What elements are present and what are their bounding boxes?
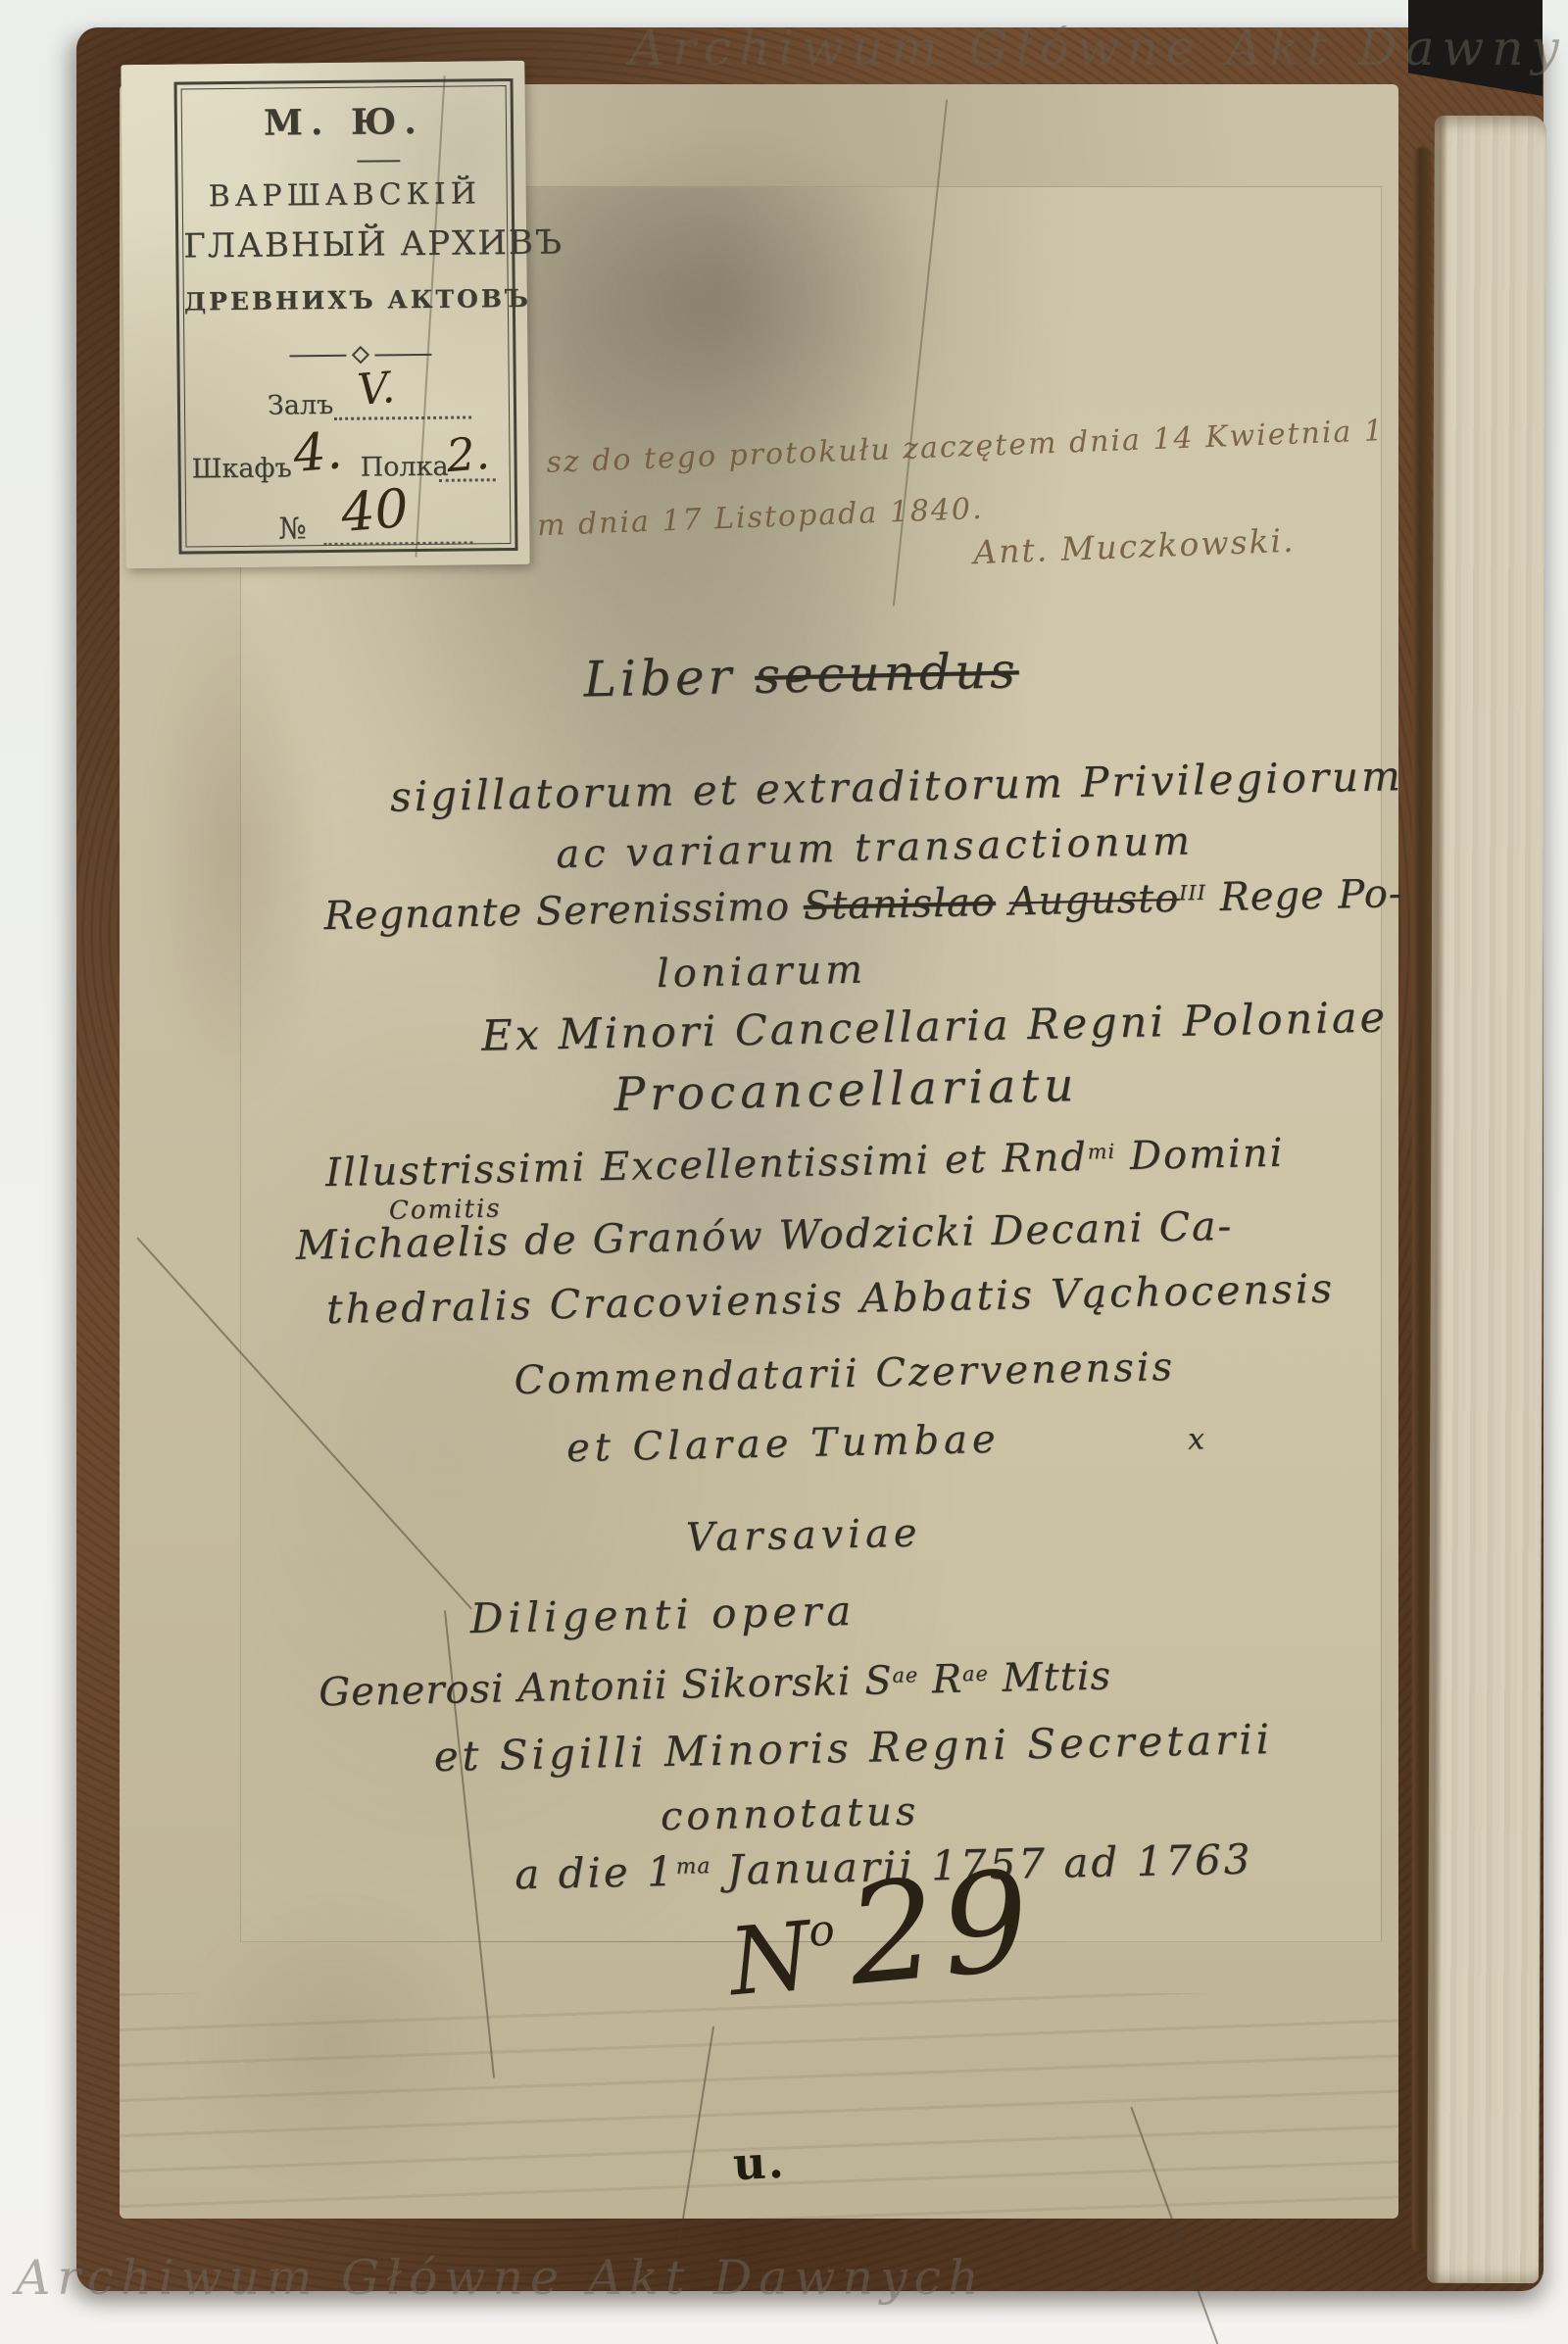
title-line-connotatus: connotatus [661, 1789, 920, 1840]
regnante-sup-iii: III [1179, 881, 1206, 905]
cabinet-field-label: Шкафъ [191, 453, 291, 484]
annotation-signature: Ant. Muczkowski. [973, 521, 1297, 572]
volume-number-value: 29 [842, 1841, 1042, 2018]
title-line-et-clarae: et Clarae Tumbae [566, 1417, 1001, 1471]
annotation-1840: sz do tego protokułu zaczętem dnia 14 Kw… [526, 402, 1435, 632]
regnante-struck-augusto: Augusto [1008, 876, 1180, 925]
shelf-field-value: 2. [444, 426, 491, 482]
watermark-top: Archiwum Główne Akt Dawnych [629, 20, 1568, 76]
title-line-sigillatorum: sigillatorum et extraditorum Privilegior… [390, 752, 1404, 821]
generosi-post: Mttis [988, 1653, 1111, 1701]
regnante-pre: Regnante Serenissimo [323, 884, 804, 939]
volume-number-n: N [725, 1902, 816, 2017]
diamond-icon [352, 346, 369, 364]
title-line-ac-variarum: ac variarum transactionum [556, 819, 1195, 878]
x-mark: x [1188, 1422, 1205, 1456]
ornament-bar [289, 354, 346, 357]
generosi-sup1: ae [892, 1663, 918, 1687]
generosi-mid: R [918, 1657, 963, 1703]
ornament-bar [374, 353, 431, 356]
title-line-diligenti: Diligenti opera [469, 1587, 857, 1642]
title-line-generosi: Generosi Antonii Sikorski Sae Rae Mttis [318, 1653, 1112, 1715]
hall-field-value: V. [356, 363, 397, 415]
label-ministry: М. Ю. [182, 100, 506, 144]
archive-label: М. Ю. ВАРШАВСКІЙ ГЛАВНЫЙ АРХИВЪ ДРЕВНИХЪ… [121, 61, 529, 568]
generosi-sup2: ae [962, 1662, 989, 1686]
volume-number: No29 [721, 1841, 1042, 2028]
illustrissimi-post: Domini [1115, 1131, 1285, 1180]
manuscript-title: Liber secundus sigillatorum et extradito… [260, 614, 1535, 2080]
scanned-archive-cover: М. Ю. ВАРШАВСКІЙ ГЛАВНЫЙ АРХИВЪ ДРЕВНИХЪ… [0, 0, 1568, 2344]
space [995, 880, 1009, 925]
number-field-value: 40 [339, 477, 412, 544]
dates-pre: a die 1 [514, 1847, 677, 1898]
label-rule [358, 160, 401, 162]
bottom-ink-mark: u. [732, 2135, 787, 2191]
label-frame: М. Ю. ВАРШАВСКІЙ ГЛАВНЫЙ АРХИВЪ ДРЕВНИХЪ… [174, 78, 518, 555]
volume-number-sup: o [807, 1905, 837, 1957]
illustrissimi-sup: mi [1088, 1140, 1116, 1164]
label-archive-line2: ГЛАВНЫЙ АРХИВЪ [183, 223, 507, 266]
annotation-line2: m dnia 17 Listopada 1840. [536, 492, 984, 543]
label-archive-line1: ВАРШАВСКІЙ [183, 176, 507, 214]
hall-field-label: Залъ [268, 390, 334, 421]
title-liber-pre: Liber [583, 648, 756, 708]
title-line-procancellariatu: Procancellariatu [613, 1058, 1079, 1122]
number-field-label: № [278, 512, 307, 546]
title-line-et-sigilli: et Sigilli Minoris Regni Secretarii [433, 1715, 1273, 1781]
title-line-liber: Liber secundus [583, 642, 1019, 708]
title-line-ex-minori: Ex Minori Cancellaria Regni Poloniae [481, 993, 1389, 1060]
title-line-loniarum: loniarum [656, 948, 866, 997]
illustrissimi-pre: Illustrissimi Excellentissimi et Rnd [325, 1135, 1089, 1196]
label-frame-inner: М. Ю. ВАРШАВСКІЙ ГЛАВНЫЙ АРХИВЪ ДРЕВНИХЪ… [181, 85, 512, 547]
title-line-commendatarii: Commendatarii Czervenensis [514, 1344, 1175, 1403]
cabinet-field-value: 4. [291, 421, 344, 484]
regnante-struck-stanislao: Stanislao [803, 880, 996, 929]
title-liber-struck: secundus [755, 642, 1020, 705]
title-line-regnante: Regnante Serenissimo Stanislao AugustoII… [323, 871, 1403, 939]
dotted-leader [334, 414, 471, 419]
generosi-pre: Generosi Antonii Sikorski S [318, 1658, 893, 1715]
dates-sup: ma [675, 1854, 710, 1880]
title-line-illustrissimi: Illustrissimi Excellentissimi et Rndmi D… [325, 1131, 1285, 1196]
regnante-post: Rege Po- [1205, 871, 1402, 920]
title-line-varsaviae: Varsaviae [686, 1511, 922, 1561]
watermark-bottom: Archiwum Główne Akt Dawnych [16, 2250, 986, 2306]
label-ornament [289, 348, 431, 363]
title-line-thedralis: thedralis Cracoviensis Abbatis Vąchocens… [326, 1265, 1336, 1334]
label-archive-line3: ДРЕВНИХЪ АКТОВЪ [184, 284, 508, 316]
